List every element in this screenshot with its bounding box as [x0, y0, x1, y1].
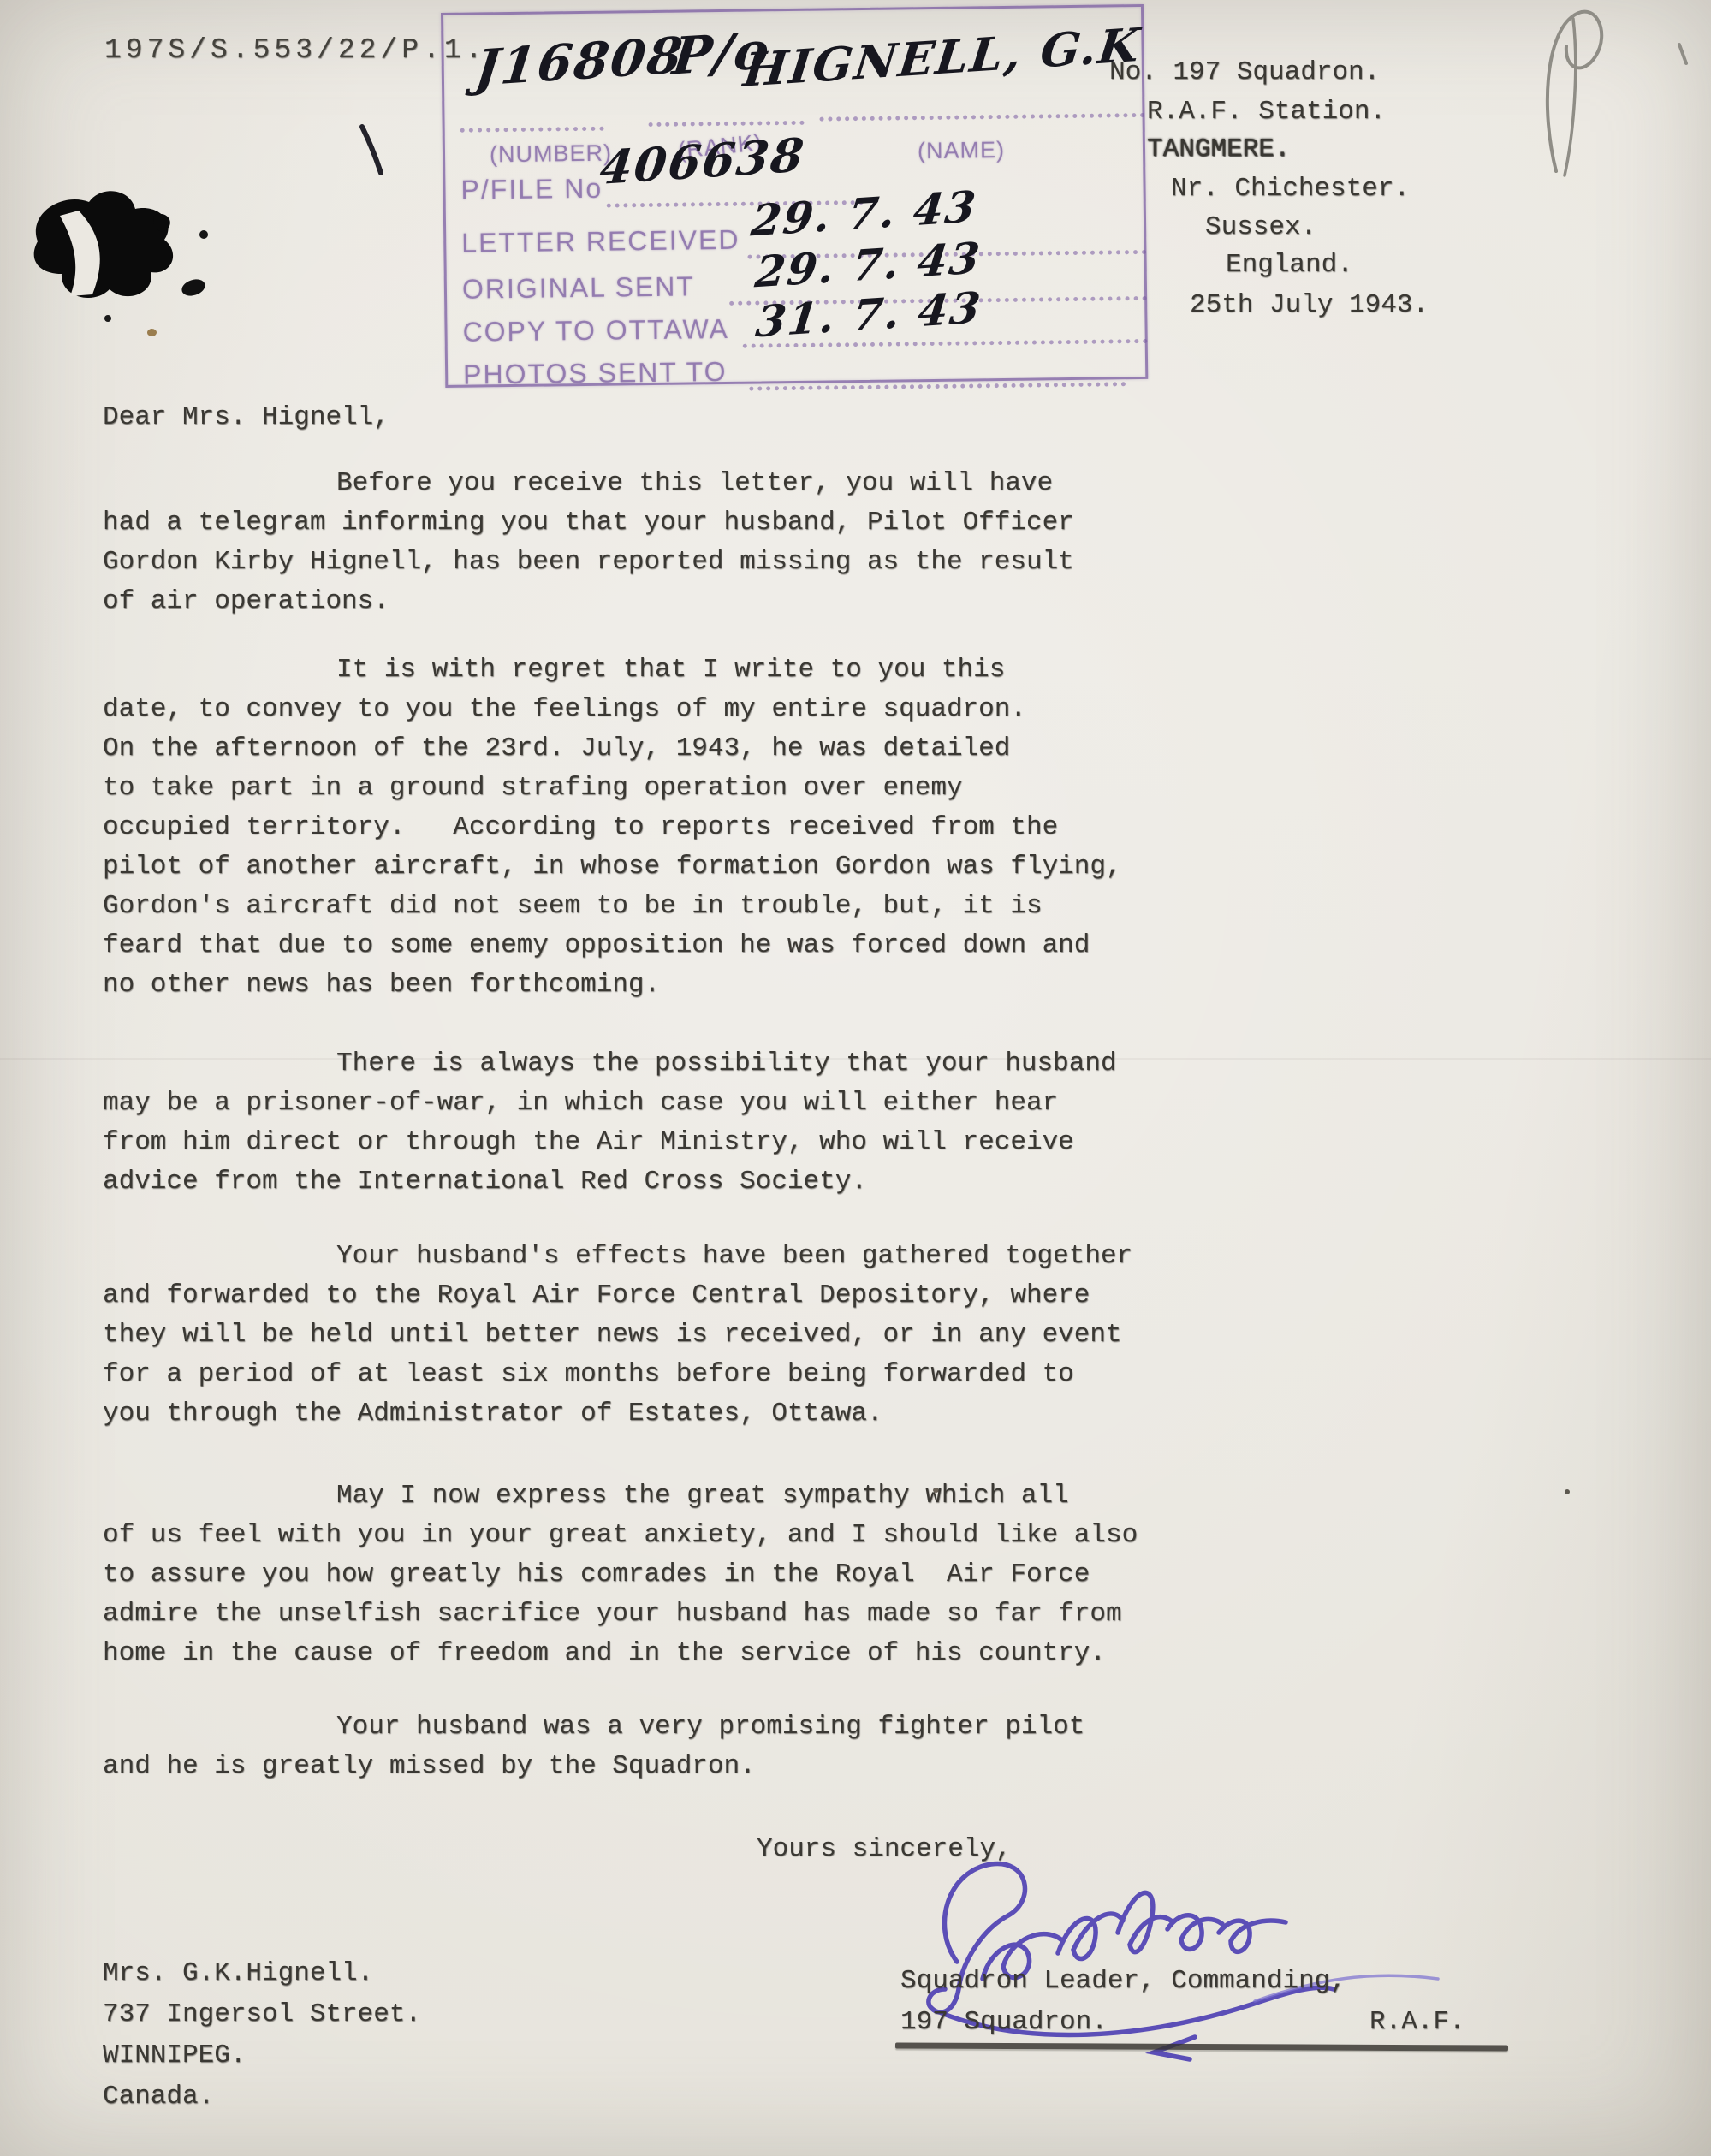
stamp-dotted-line: [649, 121, 805, 127]
stamp-name-label: (NAME): [918, 137, 1005, 164]
pen-tick: [347, 120, 398, 180]
registry-stamp: (NUMBER) (RANK) (NAME) P/FILE No LETTER …: [441, 4, 1148, 388]
handwritten-name: HIGNELL, G.K: [740, 17, 1144, 98]
stamp-number-label: (NUMBER): [490, 140, 612, 169]
stamp-dotted-line: [820, 113, 1145, 122]
handwritten-service-number: J16808: [472, 26, 687, 98]
signatory-title: Squadron Leader, Commanding,: [900, 1962, 1346, 2001]
recipient-address: Mrs. G.K.Hignell. 737 Ingersol Street. W…: [103, 1953, 421, 2117]
stamp-pfile-label: P/FILE No: [460, 173, 603, 206]
stamp-letter-received-label: LETTER RECEIVED: [461, 224, 740, 259]
body-paragraph: May I now express the great sympathy whi…: [103, 1476, 1138, 1673]
file-reference: 197S/S.553/22/P.1.: [104, 31, 486, 70]
body-paragraph: Your husband's effects have been gathere…: [103, 1237, 1132, 1434]
body-paragraph: Your husband was a very promising fighte…: [103, 1708, 1084, 1786]
sender-address-line: Nr. Chichester.: [1171, 169, 1410, 209]
stamp-original-sent-label: ORIGINAL SENT: [462, 270, 695, 305]
sender-address-line: R.A.F. Station.: [1147, 92, 1386, 132]
letter-page: 197S/S.553/22/P.1. (NUMBER) (RANK) (NAME…: [0, 0, 1711, 2156]
sender-address-line: No. 197 Squadron.: [1109, 53, 1380, 92]
paper-speck: [147, 329, 157, 336]
body-paragraph: Before you receive this letter, you will…: [103, 464, 1074, 621]
stamp-dotted-line: [749, 382, 1126, 390]
stamp-copy-ottawa-label: COPY TO OTTAWA: [462, 313, 729, 348]
body-paragraph: There is always the possibility that you…: [103, 1044, 1117, 1202]
salutation: Dear Mrs. Hignell,: [103, 398, 389, 437]
body-paragraph: It is with regret that I write to you th…: [103, 650, 1122, 1005]
sender-address-line: Sussex.: [1205, 208, 1316, 247]
stamp-dotted-line: [460, 127, 604, 133]
handwritten-pfile-number: 406638: [597, 128, 808, 195]
signatory-unit: 197 Squadron.: [900, 2003, 1108, 2042]
sender-address-line: England.: [1226, 246, 1353, 285]
signatory-raf: R.A.F.: [1369, 2003, 1465, 2042]
sender-address-line: TANGMERE.: [1147, 130, 1290, 169]
letter-date: 25th July 1943.: [1190, 286, 1429, 325]
pencil-mark: [1481, 0, 1711, 188]
paper-speck: [1565, 1489, 1570, 1494]
stamp-photos-sent-label: PHOTOS SENT TO: [463, 356, 728, 391]
ink-blot: [26, 181, 231, 336]
